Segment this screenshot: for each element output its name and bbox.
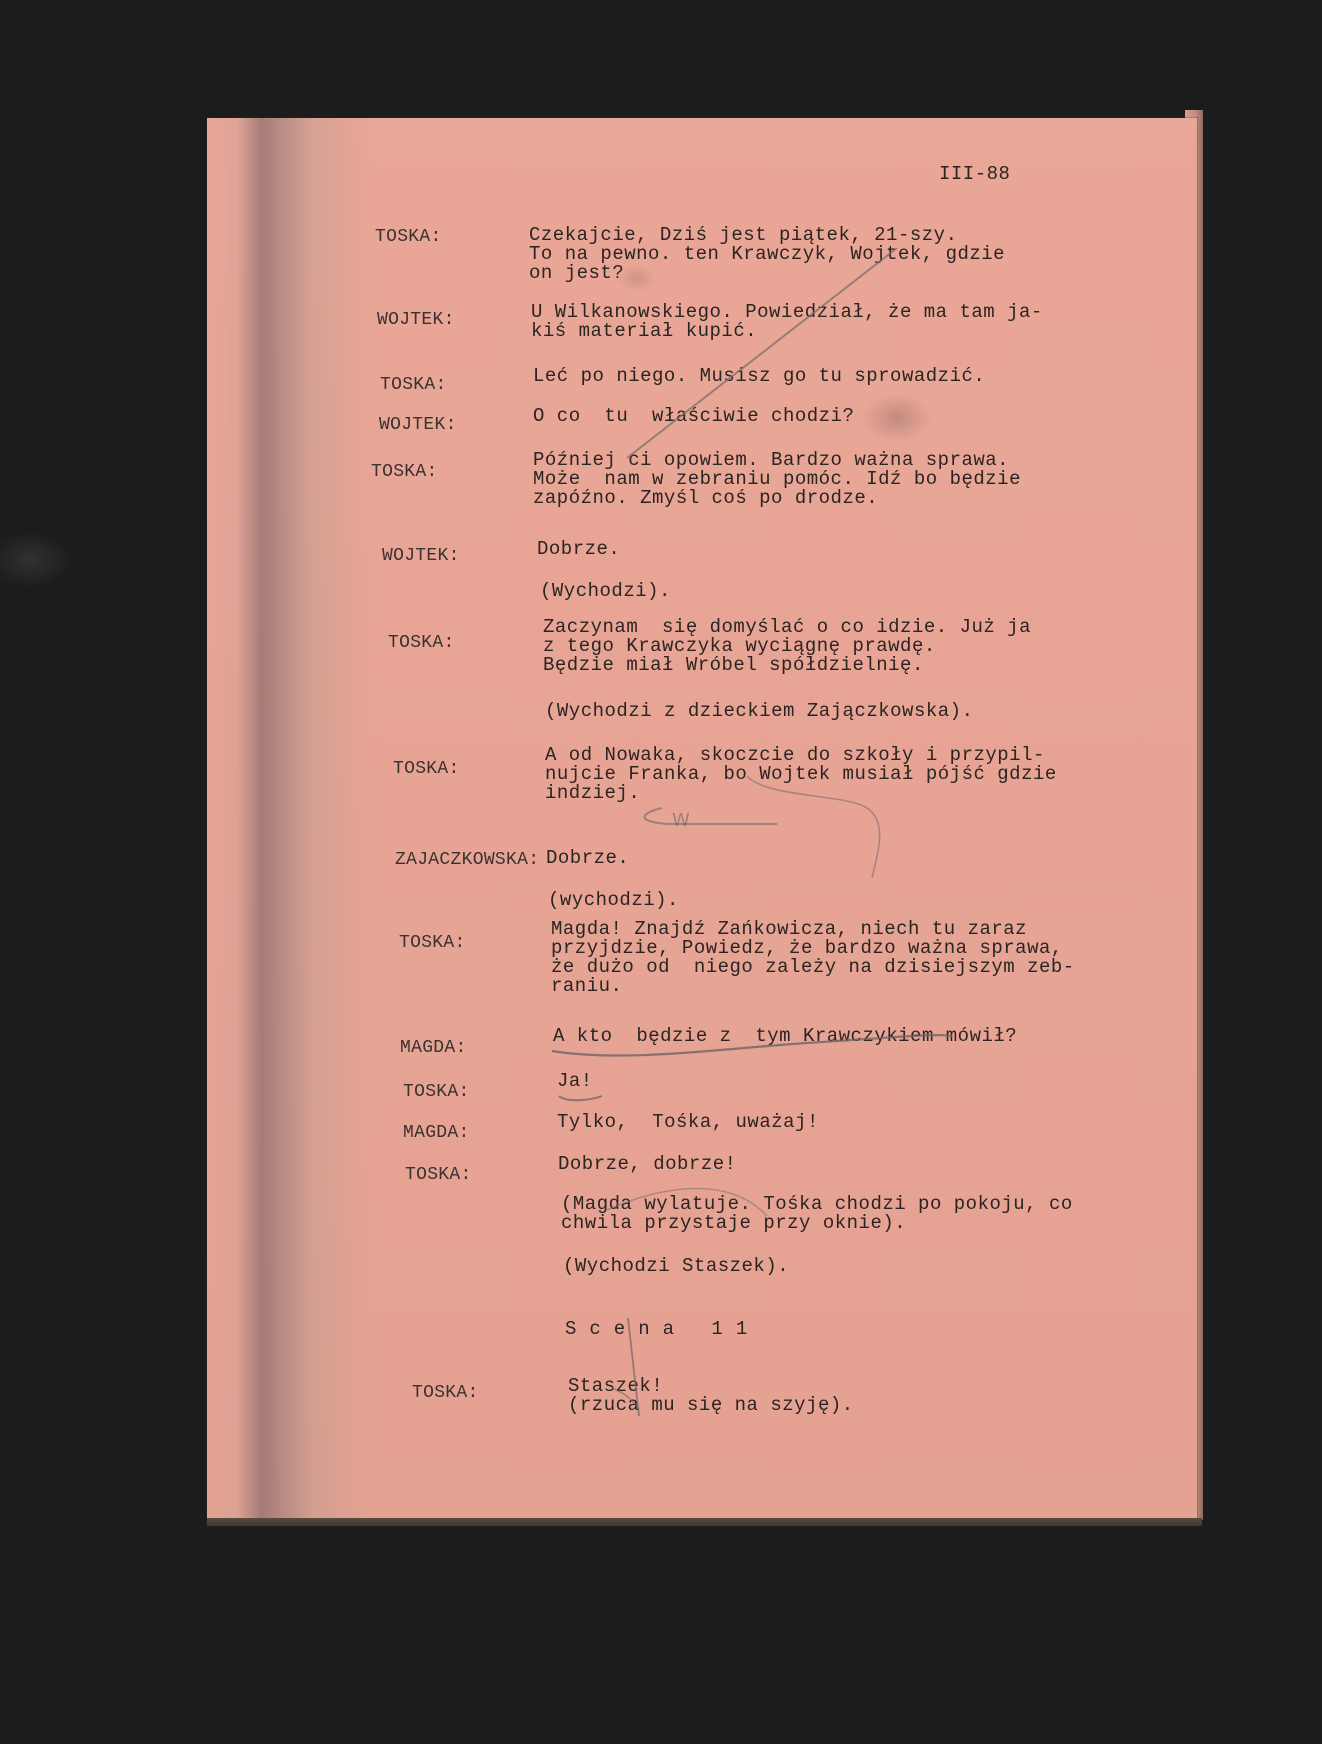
binding-shadow — [207, 118, 377, 1522]
dialogue-line: O co tu właściwie chodzi? — [533, 405, 854, 427]
dialogue-line: A kto będzie z tym Krawczykiem mówił? — [553, 1025, 1017, 1047]
stage-direction: chwila przystaje przy oknie). — [561, 1212, 906, 1234]
speaker-label: WOJTEK: — [382, 545, 460, 567]
stage-direction: (wychodzi). — [548, 889, 679, 911]
dialogue-line: raniu. — [551, 975, 622, 997]
speaker-label: TOSKA: — [399, 932, 466, 954]
page-bottom-edge — [207, 1518, 1202, 1526]
speaker-label: TOSKA: — [371, 461, 438, 483]
speaker-label: TOSKA: — [380, 374, 447, 396]
dialogue-line: indziej. — [545, 782, 640, 804]
dialogue-line: Dobrze. — [546, 847, 629, 869]
stage-direction: (Wychodzi). — [540, 580, 671, 602]
scene-heading: Scena 11 — [565, 1318, 760, 1340]
margin-note: W — [672, 810, 690, 831]
speaker-label: TOSKA: — [412, 1382, 479, 1404]
dialogue-line: Dobrze, dobrze! — [558, 1153, 737, 1175]
dialogue-line: Leć po niego. Musisz go tu sprowadzić. — [533, 365, 985, 387]
stage-direction: (Wychodzi Staszek). — [563, 1255, 789, 1277]
speaker-label: TOSKA: — [403, 1081, 470, 1103]
dialogue-line: Dobrze. — [537, 538, 620, 560]
dialogue-line: że dużo od niego zależy na dzisiejszym z… — [551, 956, 1075, 978]
speaker-label: TOSKA: — [393, 758, 460, 780]
dialogue-line: zapóźno. Zmyśl coś po drodze. — [533, 487, 878, 509]
dialogue-line: Ja! — [557, 1070, 593, 1092]
page-number: III-88 — [939, 163, 1010, 185]
speaker-label: WOJTEK: — [377, 309, 455, 331]
stage-direction: (Wychodzi z dzieckiem Zajączkowska). — [545, 700, 973, 722]
dialogue-line: (rzuca mu się na szyję). — [568, 1394, 854, 1416]
dialogue-line: kiś materiał kupić. — [531, 320, 757, 342]
speaker-label: MAGDA: — [403, 1122, 470, 1144]
dialogue-line: Tylko, Tośka, uważaj! — [557, 1111, 819, 1133]
speaker-label: TOSKA: — [388, 632, 455, 654]
manuscript-page: III-88 TOSKA: Czekajcie, Dziś jest piąte… — [207, 118, 1197, 1522]
speaker-label: WOJTEK: — [379, 414, 457, 436]
speaker-label: ZAJACZKOWSKA: — [395, 849, 539, 871]
dialogue-line: Będzie miał Wróbel spółdzielnię. — [543, 654, 924, 676]
speaker-label: TOSKA: — [405, 1164, 472, 1186]
dialogue-line: on jest? — [529, 262, 624, 284]
speaker-label: TOSKA: — [375, 226, 442, 248]
speaker-label: MAGDA: — [400, 1037, 467, 1059]
